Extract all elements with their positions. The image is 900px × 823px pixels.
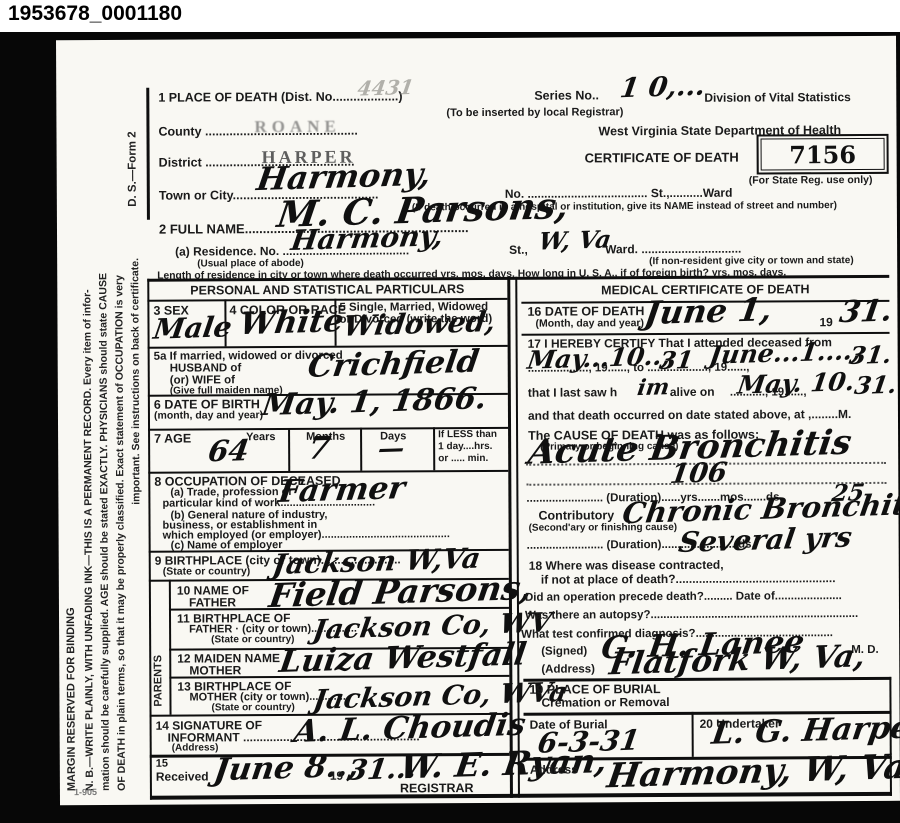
print-code: 1-905 xyxy=(74,788,97,798)
rule-age-col2 xyxy=(360,428,362,471)
age-label: 7 AGE xyxy=(154,433,191,447)
age-days-value: — xyxy=(376,436,406,463)
residence-value: Harmony, xyxy=(289,222,445,255)
sex-value: Male xyxy=(152,313,234,343)
age-months-value: 7 xyxy=(306,433,332,465)
rule-age-col1 xyxy=(288,428,290,471)
margin-binding-note: MARGIN RESERVED FOR BINDING xyxy=(64,411,78,791)
age-less-label-2: 1 day....hrs. xyxy=(438,442,492,453)
personal-section-title: PERSONAL AND STATISTICAL PARTICULARS xyxy=(147,283,507,298)
physician-address-label: (Address) xyxy=(541,663,595,676)
age-less-label-1: If LESS than xyxy=(438,430,497,441)
margin-note-line4: important. See instructions on back of c… xyxy=(129,165,143,505)
attended-from-value: May...10.., xyxy=(526,343,673,372)
undertaker-address-value: Harmony, W, Va xyxy=(605,750,900,793)
date-of-death-year: 31. xyxy=(838,296,895,328)
date-of-burial-value: 6-3-31 xyxy=(536,727,642,758)
rule-burial-divider xyxy=(692,712,694,757)
document-id-label: 1953678_0001180 xyxy=(8,3,182,26)
dob-sub-label: (month, day and year) xyxy=(154,410,263,422)
contributory-label: Contributory xyxy=(538,509,614,523)
division-label: Division of Vital Statistics xyxy=(704,91,851,105)
certificate-number-box: 7156 xyxy=(757,134,889,175)
cause-code-value: 106 xyxy=(668,459,729,488)
series-no-value: 1 0,... xyxy=(618,73,707,103)
rule-burial-top xyxy=(523,677,891,682)
rule-age-col3 xyxy=(433,427,435,470)
district-number-value: 4431 xyxy=(356,77,415,99)
certificate-paper: MARGIN RESERVED FOR BINDING N. B.—WRITE … xyxy=(56,36,900,805)
race-value: White xyxy=(238,306,346,340)
date-of-death-value: June 1, xyxy=(643,293,775,329)
margin-note-line2: mation should be carefully supplied. AGE… xyxy=(96,76,112,791)
disease-contracted-label-1: 18 Where was disease contracted, xyxy=(529,559,724,573)
certificate-number-value: 7156 xyxy=(789,140,856,169)
autopsy-question: Was there an autopsy?...................… xyxy=(525,608,858,622)
received-label: Received xyxy=(156,770,209,783)
birthplace-sub-label: (State or country) xyxy=(163,566,251,578)
cremation-removal-label: Cremation or Removal xyxy=(541,696,669,710)
residence-state-value: W, Va xyxy=(537,227,613,253)
residence-ward-label: Ward. .............................. xyxy=(605,243,741,257)
marital-value: Widowed, xyxy=(342,308,498,341)
rule-bottom xyxy=(150,792,892,800)
mother-name-value: Luiza Westfall xyxy=(277,639,528,678)
county-stamp-value: ROANE xyxy=(254,117,341,137)
rule-parents-label xyxy=(169,580,172,715)
last-saw-date-value: May. 10. xyxy=(736,369,857,398)
series-no-label: Series No.. xyxy=(534,89,599,103)
attended-from-year: 31 xyxy=(658,348,695,373)
last-saw-label-pre: that I last saw h xyxy=(528,386,617,399)
parents-group-label: PARENTS xyxy=(152,592,165,707)
series-note: (To be inserted by local Registrar) xyxy=(446,107,623,120)
residence-st-label: St., xyxy=(509,244,528,257)
rule-burial-right-border xyxy=(889,677,892,796)
dob-value: May. 1, 1866. xyxy=(260,384,489,421)
margin-form-code: D. S.—Form 2 xyxy=(126,82,139,207)
form-left-border-top xyxy=(146,88,150,220)
spouse-value: Crichfield xyxy=(306,347,481,383)
date-of-death-19: 19 xyxy=(819,316,832,329)
margin-note-line1: N. B.—WRITE PLAINLY, WITH UNFADING INK—T… xyxy=(80,76,96,791)
physician-address-value: Flatfork W, Va, xyxy=(607,641,867,680)
age-less-label-3: or ..... min. xyxy=(438,454,488,465)
state-reg-note: (For State Reg. use only) xyxy=(749,175,873,187)
death-occurred-line: and that death occurred on date stated a… xyxy=(528,408,851,423)
undertaker-value: L. G. Harper. xyxy=(710,712,900,750)
age-years-value: 64 xyxy=(206,436,251,466)
last-saw-him: im xyxy=(636,376,671,399)
rule-left-border xyxy=(147,279,152,800)
duration-2-value: Several yrs xyxy=(677,524,854,557)
informant-value: A. L. Choudis xyxy=(292,710,528,748)
disease-contracted-label-2: if not at place of death?...............… xyxy=(541,572,836,586)
husband-of-label: HUSBAND of xyxy=(170,362,242,375)
contributory-sub: (Second'ary or finishing cause) xyxy=(529,523,678,535)
occupation-value: Farmer xyxy=(276,473,407,508)
nonresident-note: (If non-resident give city or town and s… xyxy=(649,256,854,268)
margin-note-line3: OF DEATH in plain terms, so that it may … xyxy=(112,76,128,791)
registrar-label: REGISTRAR xyxy=(400,782,474,796)
abode-note: (Usual place of abode) xyxy=(197,259,304,270)
operation-question: Did an operation precede death?.........… xyxy=(525,590,842,604)
undertaker-address-label: Address xyxy=(530,763,578,776)
signed-label: (Signed) xyxy=(541,645,587,658)
last-saw-label-post: alive on xyxy=(670,386,715,399)
last-saw-year-value: 31. xyxy=(853,373,898,398)
date-of-death-sub: (Month, day and year) xyxy=(535,318,644,330)
received-year-printed: 19 xyxy=(330,770,343,783)
certificate-of-death-title: CERTIFICATE OF DEATH xyxy=(585,151,739,166)
informant-address-label: (Address) xyxy=(172,743,219,754)
attended-to-value: June...1...., xyxy=(708,338,863,368)
mother-birthplace-sub: (State or country) xyxy=(211,703,294,714)
attended-to-year: 31. xyxy=(848,343,893,368)
